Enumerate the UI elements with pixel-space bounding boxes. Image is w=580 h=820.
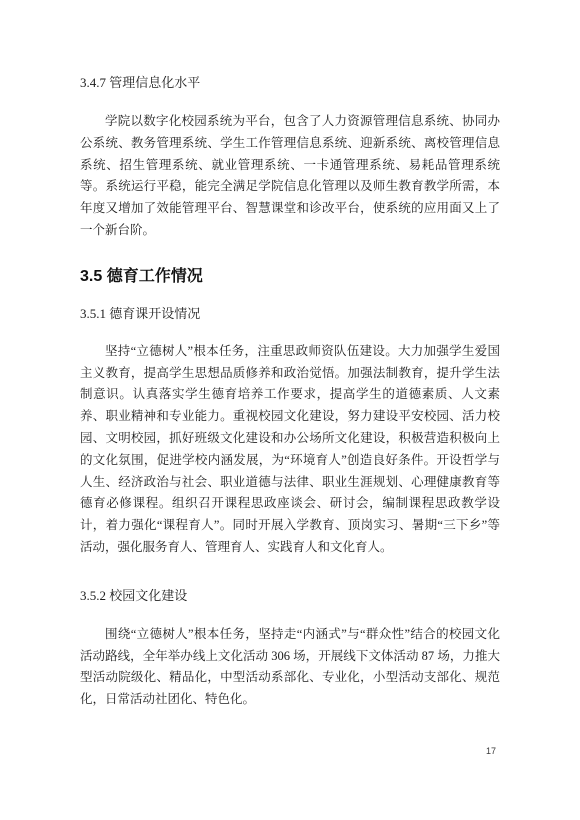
section-heading-3-5-1: 3.5.1 德育课开设情况: [80, 303, 500, 325]
section-heading-3-5: 3.5 德育工作情况: [80, 265, 500, 289]
paragraph-3-5-1: 坚持“立德树人”根本任务，注重思政师资队伍建设。大力加强学生爱国主义教育，提高学…: [80, 341, 500, 559]
document-page: 3.4.7 管理信息化水平 学院以数字化校园系统为平台，包含了人力资源管理信息系…: [0, 0, 580, 820]
section-heading-3-5-2: 3.5.2 校园文化建设: [80, 585, 500, 607]
paragraph-3-4-7: 学院以数字化校园系统为平台，包含了人力资源管理信息系统、协同办公系统、教务管理系…: [80, 111, 500, 242]
paragraph-3-5-2: 围绕“立德树人”根本任务，坚持走“内涵式”与“群众性”结合的校园文化活动路线，全…: [80, 624, 500, 711]
section-heading-3-4-7: 3.4.7 管理信息化水平: [80, 72, 500, 94]
page-number: 17: [486, 746, 496, 756]
